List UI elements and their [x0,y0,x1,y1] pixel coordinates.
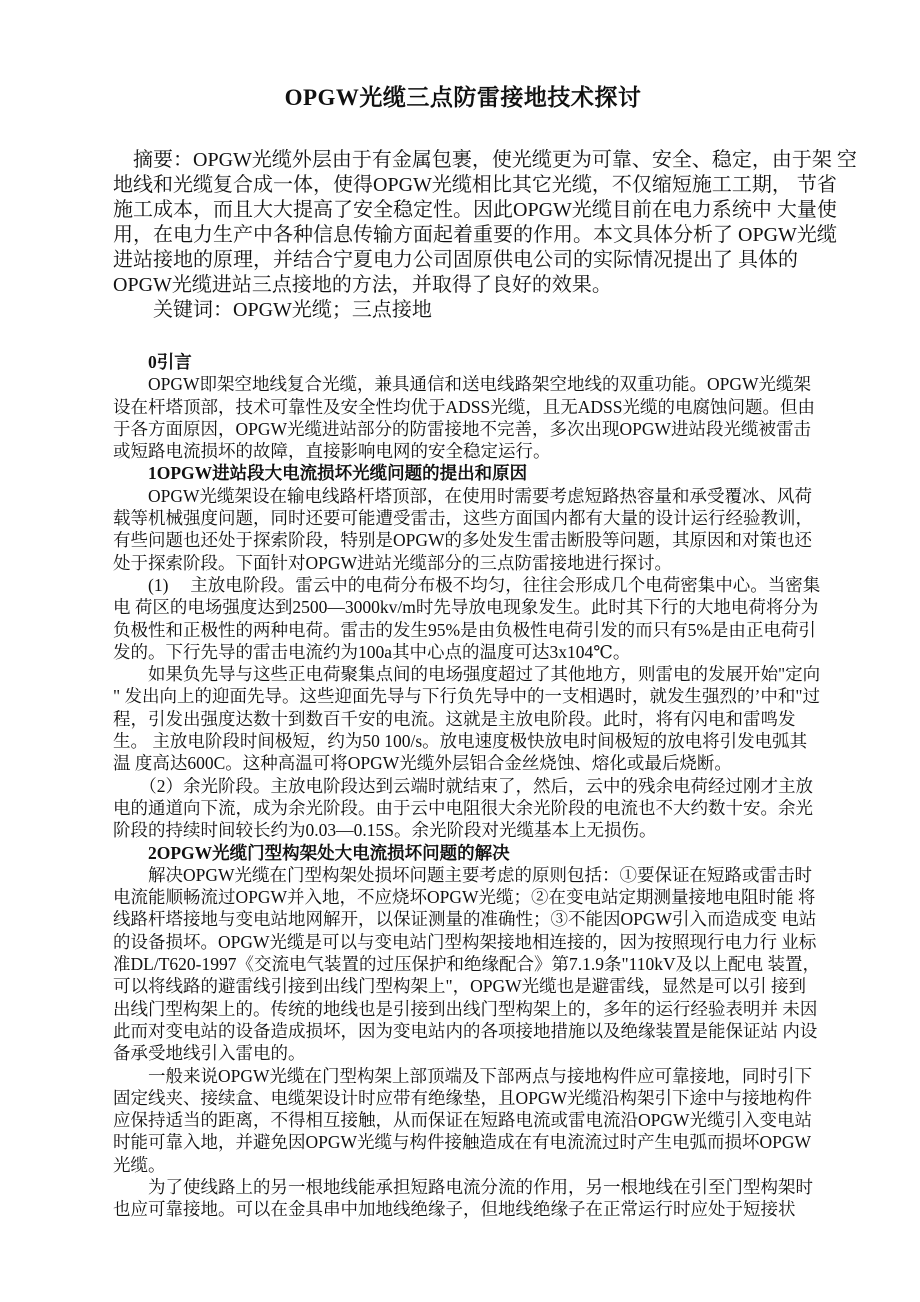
text-line: 或短路电流损坏的故障，直接影响电网的安全稳定运行。 [113,440,813,462]
text-line: 负极性和正极性的两种电荷。雷击的发生95%是由负极性电荷引发的而只有5%是由正电… [113,619,813,641]
page-title: OPGW光缆三点防雷接地技术探讨 [113,84,813,112]
keywords-line: 关键词：OPGW光缆；三点接地 [113,298,813,323]
section-heading: 1OPGW进站段大电流损坏光缆问题的提出和原因 [113,462,813,484]
text-line: 固定线夹、接续盒、电缆架设计时应带有绝缘垫，且OPGW光缆沿构架引下途中与接地构… [113,1087,813,1109]
text-line: 为了使线路上的另一根地线能承担短路电流分流的作用，另一根地线在引至门型构架时 [113,1176,813,1198]
text-line: OPGW即架空地线复合光缆，兼具通信和送电线路架空地线的双重功能。OPGW光缆架 [113,373,813,395]
text-line: 处于探索阶段。下面针对OPGW进站光缆部分的三点防雷接地进行探讨。 [113,552,813,574]
text-line: 解决OPGW光缆在门型构架处损坏问题主要考虑的原则包括：①要保证在短路或雷击时 [113,864,813,886]
text-line: 电的通道向下流，成为余光阶段。由于云中电阻很大余光阶段的电流也不大约数十安。余光 [113,797,813,819]
text-line: 电 荷区的电场强度达到2500—3000kv/m时先导放电现象发生。此时其下行的… [113,596,813,618]
section-heading: 0引言 [113,351,813,373]
text-line: OPGW光缆架设在输电线路杆塔顶部，在使用时需要考虑短路热容量和承受覆冰、风荷 [113,485,813,507]
text-line: 有些问题也还处于探索阶段，特别是OPGW的多处发生雷击断股等问题，其原因和对策也… [113,529,813,551]
document-page: OPGW光缆三点防雷接地技术探讨 摘要：OPGW光缆外层由于有金属包裹，使光缆更… [0,0,920,1302]
abstract-line: 施工成本，而且大大提高了安全稳定性。因此OPGW光缆目前在电力系统中 大量使 [113,198,813,223]
text-line: 载等机械强度问题，同时还要可能遭受雷击，这些方面国内都有大量的设计运行经验教训， [113,507,813,529]
abstract-line: 用，在电力生产中各种信息传输方面起着重要的作用。本文具体分析了 OPGW光缆 [113,223,813,248]
text-line: 线路杆塔接地与变电站地网解开，以保证测量的准确性；③不能因OPGW引入而造成变 … [113,908,813,930]
text-line: 可以将线路的避雷线引接到出线门型构架上"，OPGW光缆也是避雷线，显然是可以引 … [113,975,813,997]
text-line: 时能可靠入地，并避免因OPGW光缆与构件接触造成在有电流流过时产生电弧而损坏OP… [113,1131,813,1153]
text-line: " 发出向上的迎面先导。这些迎面先导与下行负先导中的一支相遇时，就发生强烈的’中… [113,685,813,707]
text-line: （2）余光阶段。主放电阶段达到云端时就结束了，然后，云中的残余电荷经过刚才主放 [113,775,813,797]
section-heading: 2OPGW光缆门型构架处大电流损坏问题的解决 [113,842,813,864]
text-line: 的设备损坏。OPGW光缆是可以与变电站门型构架接地相连接的，因为按照现行电力行 … [113,931,813,953]
text-line: 此而对变电站的设备造成损坏，因为变电站内的各项接地措施以及绝缘装置是能保证站 内… [113,1020,813,1042]
abstract-line: 摘要：OPGW光缆外层由于有金属包裹，使光缆更为可靠、安全、稳定，由于架 空 [113,148,813,173]
text-line: 出线门型构架上的。传统的地线也是引接到出线门型构架上的，多年的运行经验表明并 未… [113,998,813,1020]
text-line: 光缆。 [113,1154,813,1176]
text-line: 应保持适当的距离，不得相互接触，从而保证在短路电流或雷电流沿OPGW光缆引入变电… [113,1109,813,1131]
body-section: 0引言 OPGW即架空地线复合光缆，兼具通信和送电线路架空地线的双重功能。OPG… [113,351,813,1221]
abstract-line: OPGW光缆进站三点接地的方法，并取得了良好的效果。 [113,273,813,298]
text-line: 如果负先导与这些正电荷聚集点间的电场强度超过了其他地方，则雷电的发展开始"定向 [113,663,813,685]
text-line: 程，引发出强度达数十到数百千安的电流。这就是主放电阶段。此时，将有闪电和雷鸣发 [113,708,813,730]
text-line: 于各方面原因，OPGW光缆进站部分的防雷接地不完善，多次出现OPGW进站段光缆被… [113,418,813,440]
text-line: 生。 主放电阶段时间极短，约为50 100/s。放电速度极快放电时间极短的放电将… [113,730,813,752]
text-line: 阶段的持续时间较长约为0.03—0.15S。余光阶段对光缆基本上无损伤。 [113,819,813,841]
text-line: 也应可靠接地。可以在金具串中加地线绝缘子，但地线绝缘子在正常运行时应处于短接状 [113,1198,813,1220]
document-content: OPGW光缆三点防雷接地技术探讨 摘要：OPGW光缆外层由于有金属包裹，使光缆更… [113,84,813,1221]
text-line: 电流能顺畅流过OPGW并入地，不应烧坏OPGW光缆；②在变电站定期测量接地电阻时… [113,886,813,908]
abstract-section: 摘要：OPGW光缆外层由于有金属包裹，使光缆更为可靠、安全、稳定，由于架 空 地… [113,148,813,323]
text-line: (1) 主放电阶段。雷云中的电荷分布极不均匀，往往会形成几个电荷密集中心。当密集 [113,574,813,596]
text-line: 备承受地线引入雷电的。 [113,1042,813,1064]
abstract-line: 地线和光缆复合成一体，使得OPGW光缆相比其它光缆，不仅缩短施工工期， 节省 [113,173,813,198]
text-line: 发的。下行先导的雷击电流约为100a其中心点的温度可达3x104℃。 [113,641,813,663]
abstract-line: 进站接地的原理，并结合宁夏电力公司固原供电公司的实际情况提出了 具体的 [113,248,813,273]
text-line: 温 度高达600C。这种高温可将OPGW光缆外层铝合金丝烧蚀、熔化或最后烧断。 [113,752,813,774]
text-line: 一般来说OPGW光缆在门型构架上部顶端及下部两点与接地构件应可靠接地，同时引下 [113,1065,813,1087]
text-line: 准DL/T620-1997《交流电气装置的过压保护和绝缘配合》第7.1.9条"1… [113,953,813,975]
text-line: 设在杆塔顶部，技术可靠性及安全性均优于ADSS光缆，且无ADSS光缆的电腐蚀问题… [113,396,813,418]
